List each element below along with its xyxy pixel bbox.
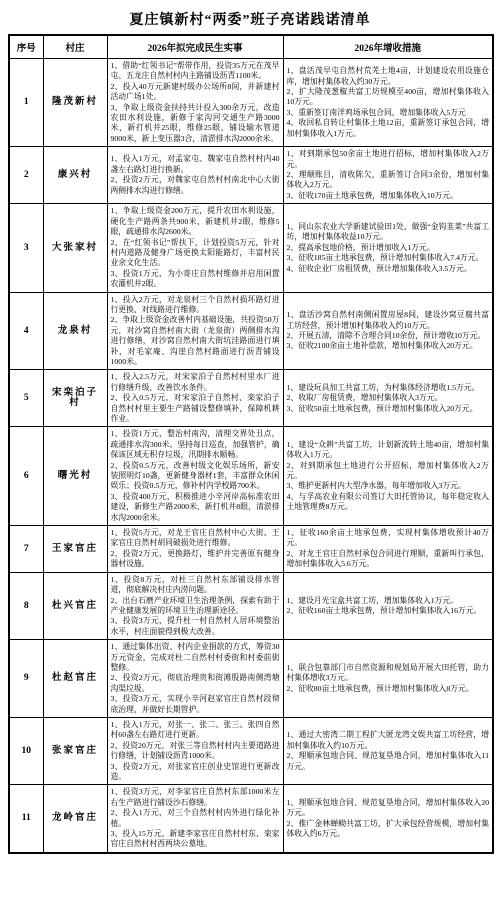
measures-cell: 1、盘活茂早屯自然村荒芜土地4亩，计划建设农用设施仓库，增加村集体收入约30万元…: [283, 59, 493, 147]
tasks-cell: 1、投资8万元，对杜三自然村东部铺设排水管道，彻底解决村庄内涝问题。 2、出台石…: [107, 572, 283, 639]
column-header-village: 村庄: [43, 35, 107, 59]
row-number: 2: [9, 147, 43, 204]
village-name: 杜赵官庄: [43, 640, 107, 718]
village-name: 龙岭官庄: [43, 785, 107, 853]
table-row: 6 曙光村 1、投资1万元，整治村南沟，清理交界处丑点，疏通排水沟300米。坚持…: [9, 427, 493, 526]
tasks-cell: 1、投资1万元，整治村南沟，清理交界处丑点，疏通排水沟300米。坚持每日巡查，加…: [107, 427, 283, 526]
table-row: 2 康兴村 1、投入1万元，对孟家屯、魏家屯自然村村内40盏左右路灯进行换新。 …: [9, 147, 493, 204]
village-name: 曙光村: [43, 427, 107, 526]
column-header-measures: 2026年增收措施: [283, 35, 493, 59]
table-row: 11 龙岭官庄 1、投资3万元，对李家官庄自然村东部1000米左右生产路进行铺设…: [9, 785, 493, 853]
measures-cell: 1、通过大密湾二期工程扩大匿龙湾文娱共富工坊经营，增加村集体收入约10万元。 2…: [283, 717, 493, 784]
column-header-no: 序号: [9, 35, 43, 59]
measures-cell: 1、盘活沙窝自然村南侧闲置房屋8间，建设沙窝豆腐共富工坊经营，预计增加村集体收入…: [283, 292, 493, 370]
promise-table: 序号 村庄 2026年拟完成民生实事 2026年增收措施 1 隆茂新村 1、借助…: [8, 34, 494, 854]
table-body: 1 隆茂新村 1、借助“红领书记”帮带作用，投资35万元在茂早屯、五龙庄自然村村…: [9, 59, 493, 853]
village-name: 隆茂新村: [43, 59, 107, 147]
measures-cell: 1、建设“众耕”共富工坊，计划新流转土地40亩，增加村集体收入1万元。 2、对到…: [283, 427, 493, 526]
village-name: 大张家村: [43, 204, 107, 292]
tasks-cell: 1、争取上级资金200万元，提升农田水利设施，硬化生产路两条共900米，新建机井…: [107, 204, 283, 292]
header-row: 序号 村庄 2026年拟完成民生实事 2026年增收措施: [9, 35, 493, 59]
tasks-cell: 1、投入1万元，对张一、张二、张三、张四自然村60盏左右路灯进行更新。 2、投资…: [107, 717, 283, 784]
table-row: 9 杜赵官庄 1、通过集体出资、村内企业捐款的方式，筹资30万元资金，完成对杜二…: [9, 640, 493, 718]
village-name: 龙泉村: [43, 292, 107, 370]
page-title: 夏庄镇新村“两委”班子亮诺践诺清单: [8, 9, 492, 29]
table-row: 7 王家官庄 1、投资5万元，对龙王官庄自然村中心大街、王家官庄自然村胡同破损处…: [9, 526, 493, 573]
table-row: 8 杜兴官庄 1、投资8万元，对杜三自然村东部铺设排水管道，彻底解决村庄内涝问题…: [9, 572, 493, 639]
tasks-cell: 1、投资5万元，对龙王官庄自然村中心大街、王家官庄自然村胡同破损处进行维修。 2…: [107, 526, 283, 573]
row-number: 9: [9, 640, 43, 718]
row-number: 6: [9, 427, 43, 526]
village-name: 王家官庄: [43, 526, 107, 573]
tasks-cell: 1、投资3万元，对李家官庄自然村东部1000米左右生产路进行铺设沙石修缮。 2、…: [107, 785, 283, 853]
row-number: 1: [9, 59, 43, 147]
tasks-cell: 1、投入2万元，对龙泉村三个自然村损坏路灯进行更换、对线路进行维修。 2、争取上…: [107, 292, 283, 370]
village-name: 宋栾泊子村: [43, 370, 107, 427]
tasks-cell: 1、借助“红领书记”帮带作用，投资35万元在茂早屯、五龙庄自然村村内主路铺设沥青…: [107, 59, 283, 147]
row-number: 7: [9, 526, 43, 573]
column-header-tasks: 2026年拟完成民生实事: [107, 35, 283, 59]
table-row: 1 隆茂新村 1、借助“红领书记”帮带作用，投资35万元在茂早屯、五龙庄自然村村…: [9, 59, 493, 147]
measures-cell: 1、同山东农业大学新建试验田1处，做强“金钩韭菜”共富工坊，增加村集体收益10万…: [283, 204, 493, 292]
measures-cell: 1、联合包靠部门市自然资源和规划局开展大田托管，助力村集体增收3万元。 2、征收…: [283, 640, 493, 718]
tasks-cell: 1、投入2.5万元，对宋家泊子自然村村里水厂进行修缮升级，改善饮水条件。 2、投…: [107, 370, 283, 427]
table-header: 序号 村庄 2026年拟完成民生实事 2026年增收措施: [9, 35, 493, 59]
row-number: 8: [9, 572, 43, 639]
table-row: 5 宋栾泊子村 1、投入2.5万元，对宋家泊子自然村村里水厂进行修缮升级，改善饮…: [9, 370, 493, 427]
row-number: 3: [9, 204, 43, 292]
village-name: 杜兴官庄: [43, 572, 107, 639]
table-row: 4 龙泉村 1、投入2万元，对龙泉村三个自然村损坏路灯进行更换、对线路进行维修。…: [9, 292, 493, 370]
row-number: 4: [9, 292, 43, 370]
measures-cell: 1、征收160余亩土地承包费，实现村集体增收预计40万元。 2、对龙王官庄自然村…: [283, 526, 493, 573]
measures-cell: 1、对到期承包50余亩土地进行招标，增加村集体收入2万元。 2、理顺账目，清收陈…: [283, 147, 493, 204]
measures-cell: 1、建设玩具加工共富工坊，为村集体经济增收1.5万元。 2、收取厂房租赁费，增加…: [283, 370, 493, 427]
row-number: 5: [9, 370, 43, 427]
row-number: 11: [9, 785, 43, 853]
document-page: 夏庄镇新村“两委”班子亮诺践诺清单 序号 村庄 2026年拟完成民生实事 202…: [0, 0, 500, 854]
measures-cell: 1、理顺承包地合同、规范复垦地合同，增加村集体收入20万元。 2、推广金林蝉蚴共…: [283, 785, 493, 853]
village-name: 康兴村: [43, 147, 107, 204]
table-row: 3 大张家村 1、争取上级资金200万元，提升农田水利设施，硬化生产路两条共90…: [9, 204, 493, 292]
tasks-cell: 1、投入1万元，对孟家屯、魏家屯自然村村内40盏左右路灯进行换新。 2、投资2万…: [107, 147, 283, 204]
table-row: 10 张家官庄 1、投入1万元，对张一、张二、张三、张四自然村60盏左右路灯进行…: [9, 717, 493, 784]
tasks-cell: 1、通过集体出资、村内企业捐款的方式，筹资30万元资金，完成对杜二自然村村委街和…: [107, 640, 283, 718]
measures-cell: 1、建设月光宝盒共富工坊，增加集体收入1万元。 2、征收160亩土地承包费，预计…: [283, 572, 493, 639]
row-number: 10: [9, 717, 43, 784]
village-name: 张家官庄: [43, 717, 107, 784]
